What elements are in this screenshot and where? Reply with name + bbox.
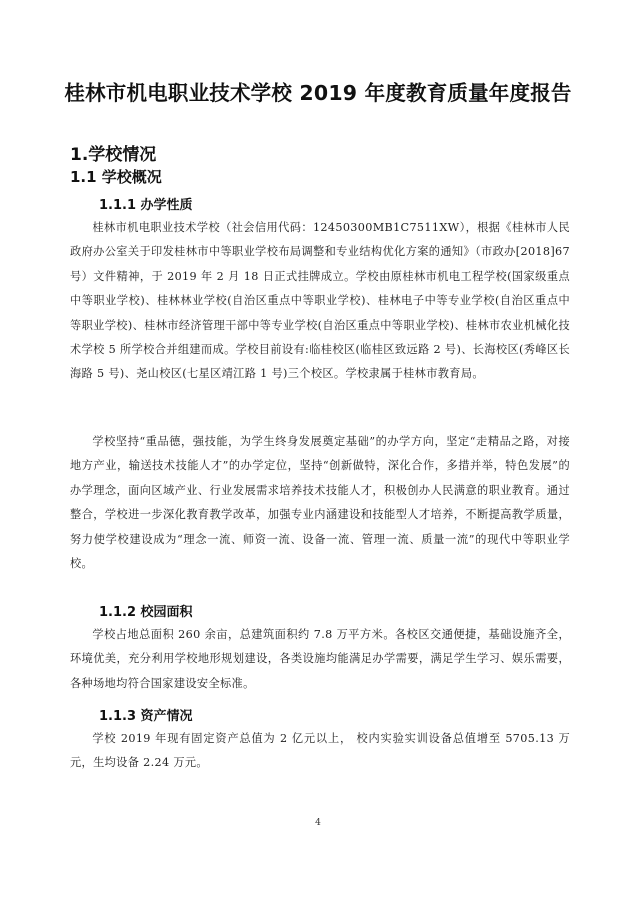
page-number: 4 [0, 818, 636, 828]
section-heading-campus-area: 1.1.2 校园面积 [99, 601, 193, 620]
paragraph-campus-area: 学校占地总面积 260 余亩，总建筑面积约 7.8 万平方米。各校区交通便捷，基… [70, 623, 570, 696]
paragraph-school-nature-2: 学校坚持“重品德，强技能，为学生终身发展奠定基础”的办学方向，坚定“走精品之路，… [70, 430, 570, 576]
document-title: 桂林市机电职业技术学校 2019 年度教育质量年度报告 [0, 76, 636, 106]
paragraph-school-nature-1: 桂林市机电职业技术学校（社会信用代码：12450300MB1C7511XW），根… [70, 216, 570, 387]
document-page: 桂林市机电职业技术学校 2019 年度教育质量年度报告 1.学校情况 1.1 学… [0, 0, 636, 900]
paragraph-assets: 学校 2019 年现有固定资产总值为 2 亿元以上， 校内实验实训设备总值增至 … [70, 727, 570, 776]
section-heading-assets: 1.1.3 资产情况 [99, 705, 193, 724]
section-heading-school-nature: 1.1.1 办学性质 [99, 194, 193, 213]
section-heading-school-overview: 1.1 学校概况 [70, 166, 162, 187]
section-heading-school-situation: 1.学校情况 [70, 140, 156, 165]
